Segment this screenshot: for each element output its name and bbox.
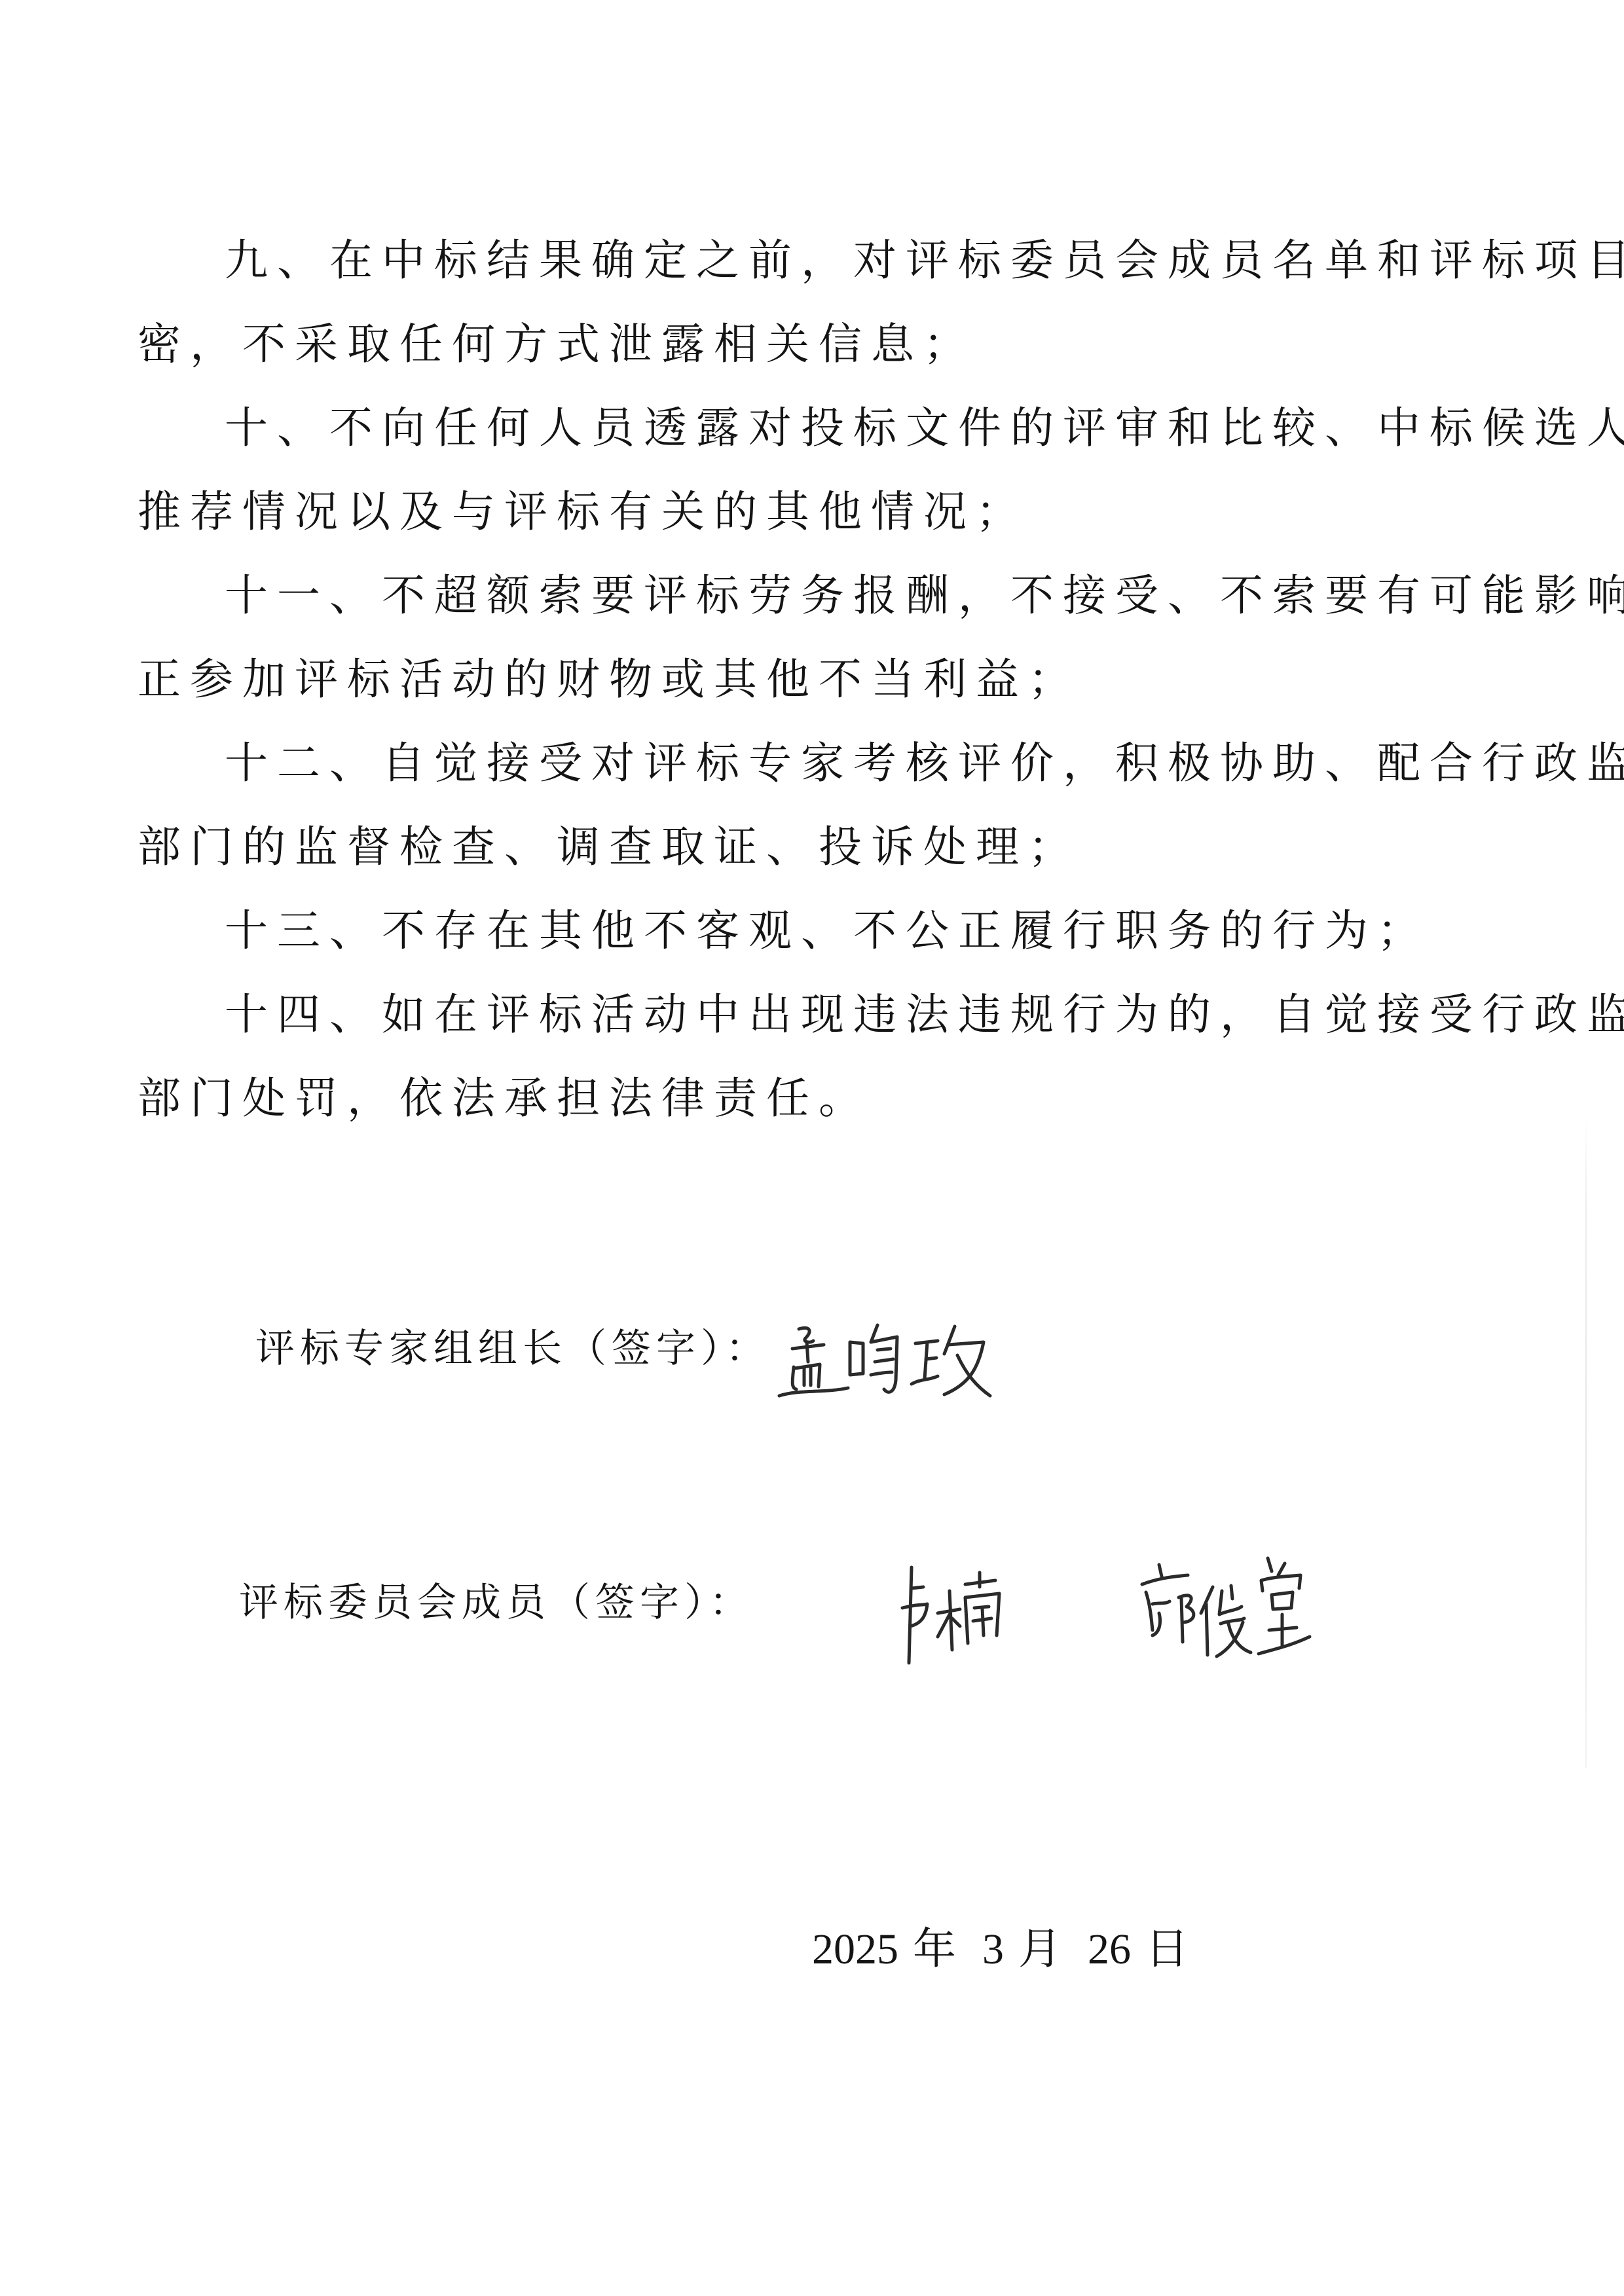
signing-date: 2025年3月26日	[812, 1928, 1215, 1971]
clause-14-line-2: 部门处罚，依法承担法律责任。	[138, 1076, 871, 1120]
clause-9-line-2: 密，不采取任何方式泄露相关信息；	[138, 322, 976, 365]
members-signature-label: 评标委员会成员（签字）：	[239, 1583, 754, 1622]
date-month: 3	[982, 1928, 1004, 1971]
member-1-handwritten-signature	[897, 1558, 1028, 1669]
date-year: 2025	[812, 1928, 898, 1971]
date-year-unit: 年	[913, 1928, 956, 1971]
clause-13-line-1: 十三、不存在其他不客观、不公正履行职务的行为；	[225, 909, 1430, 952]
date-month-unit: 月	[1018, 1928, 1061, 1971]
leader-handwritten-signature	[773, 1316, 995, 1414]
clause-12-line-2: 部门的监督检查、调查取证、投诉处理；	[138, 825, 1080, 868]
document-page: 九、在中标结果确定之前，对评标委员会成员名单和评标项目保 密，不采取任何方式泄露…	[0, 0, 1624, 2296]
member-2-handwritten-signature	[1133, 1552, 1316, 1676]
date-day: 26	[1088, 1928, 1131, 1971]
clause-12-line-1: 十二、自觉接受对评标专家考核评价，积极协助、配合行政监督	[225, 741, 1624, 784]
clause-11-line-2: 正参加评标活动的财物或其他不当利益；	[138, 657, 1080, 701]
clause-14-line-1: 十四、如在评标活动中出现违法违规行为的，自觉接受行政监督	[225, 993, 1624, 1036]
clause-10-line-1: 十、不向任何人员透露对投标文件的评审和比较、中标候选人的	[225, 406, 1624, 449]
leader-signature-label: 评标专家组组长（签字）：	[255, 1329, 770, 1368]
clause-11-line-1: 十一、不超额索要评标劳务报酬，不接受、不索要有可能影响公	[225, 574, 1624, 617]
date-day-unit: 日	[1145, 1928, 1189, 1971]
clause-9-line-1: 九、在中标结果确定之前，对评标委员会成员名单和评标项目保	[225, 238, 1624, 282]
clause-10-line-2: 推荐情况以及与评标有关的其他情况；	[138, 490, 1028, 533]
scan-edge-line	[1585, 1113, 1587, 1768]
